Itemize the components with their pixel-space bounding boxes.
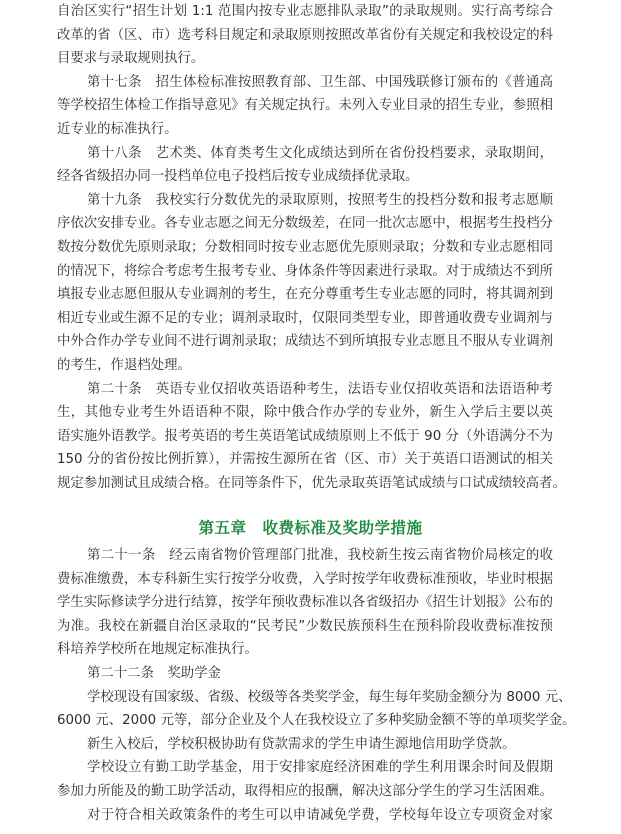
text-line: 学校设立有勤工助学基金，用于安排家庭经济困难的学生利用课余时间及假期 xyxy=(87,758,553,778)
text-line: 序依次安排专业。各专业志愿之间无分数级差，在同一批次志愿中，根据考生投档分 xyxy=(57,214,553,234)
text-line: 6000 元、2000 元等，部分企业及个人在我校设立了多种奖励金额不等的单项奖… xyxy=(57,711,553,731)
text-line: 生，其他专业考生外语语种不限，除中俄合作办学的专业外，新生入学后主要以英 xyxy=(57,403,553,423)
text-line: 学生实际修读学分进行结算，按学年预收费标准以各省级招办《招生计划报》公布的 xyxy=(57,593,553,613)
text-line: 150 分的省份按比例折算），并需按生源所在省（区、市）关于英语口语测试的相关 xyxy=(57,450,553,470)
text-line: 学校现设有国家级、省级、校级等各类奖学金，每生每年奖励金额分为 8000 元、 xyxy=(87,688,553,708)
text-line: 的情况下，将综合考虑考生报考专业、身体条件等因素进行录取。对于成绩达不到所 xyxy=(57,262,553,282)
text-line: 等学校招生体检工作指导意见》有关规定执行。未列入专业目录的招生专业，参照相 xyxy=(57,96,553,116)
text-line: 为准。我校在新疆自治区录取的“民考民”少数民族预科生在预科阶段收费标准按预 xyxy=(57,617,553,637)
text-line: 目要求与录取规则执行。 xyxy=(57,49,553,69)
text-line: 的考生，作退档处理。 xyxy=(57,356,553,376)
text-line: 第十八条 艺术类、体育类考生文化成绩达到所在省份投档要求，录取期间， xyxy=(87,144,553,164)
text-line: 经各省级招办同一投档单位电子投档后按专业成绩择优录取。 xyxy=(57,167,553,187)
text-line: 参加力所能及的勤工助学活动，取得相应的报酬，解决这部分学生的学习生活困难。 xyxy=(57,782,553,802)
text-line: 填报专业志愿但服从专业调剂的考生，在充分尊重考生专业志愿的同时，将其调剂到 xyxy=(57,285,553,305)
text-line: 对于符合相关政策条件的考生可以申请减免学费，学校每年设立专项资金对家 xyxy=(87,806,553,826)
text-line: 新生入校后，学校积极协助有贷款需求的学生申请生源地信用助学贷款。 xyxy=(87,735,553,755)
text-line: 相近专业或生源不足的专业；调剂录取时，仅限同类型专业，即普通收费专业调剂与 xyxy=(57,309,553,329)
text-line: 改革的省（区、市）选考科目规定和录取原则按照改革省份有关规定和我校设定的科 xyxy=(57,26,553,46)
text-line: 语实施外语教学。报考英语的考生英语笔试成绩原则上不低于 90 分（外语满分不为 xyxy=(57,427,553,447)
text-line: 第二十二条 奖助学金 xyxy=(87,664,553,684)
text-line: 第二十一条 经云南省物价管理部门批准，我校新生按云南省物价局核定的收 xyxy=(87,546,553,566)
text-line: 第十九条 我校实行分数优先的录取原则，按照考生的投档分数和报考志愿顺 xyxy=(87,191,553,211)
text-line: 中外合作办学专业间不进行调剂录取；成绩达不到所填报专业志愿且不服从专业调剂 xyxy=(57,332,553,352)
text-line: 第二十条 英语专业仅招收英语语种考生，法语专业仅招收英语和法语语种考 xyxy=(87,380,553,400)
text-line: 近专业的标准执行。 xyxy=(57,120,553,140)
text-line: 费标准缴费，本专科新生实行按学分收费，入学时按学年收费标准预收，毕业时根据 xyxy=(57,570,553,590)
text-line: 科培养学校所在地规定标准执行。 xyxy=(57,640,553,660)
text-line: 自治区实行“招生计划 1:1 范围内按专业志愿排队录取”的录取规则。实行高考综合 xyxy=(57,2,553,22)
document-page: 自治区实行“招生计划 1:1 范围内按专业志愿排队录取”的录取规则。实行高考综合… xyxy=(0,0,621,834)
text-line: 数按分数优先原则录取；分数相同时按专业志愿优先原则录取；分数和专业志愿相同 xyxy=(57,238,553,258)
text-line: 规定参加测试且成绩合格。在同等条件下，优先录取英语笔试成绩与口试成绩较高者。 xyxy=(57,474,553,494)
chapter-heading: 第五章 收费标准及奖助学措施 xyxy=(0,517,621,539)
text-line: 第十七条 招生体检标准按照教育部、卫生部、中国残联修订颁布的《普通高 xyxy=(87,73,553,93)
